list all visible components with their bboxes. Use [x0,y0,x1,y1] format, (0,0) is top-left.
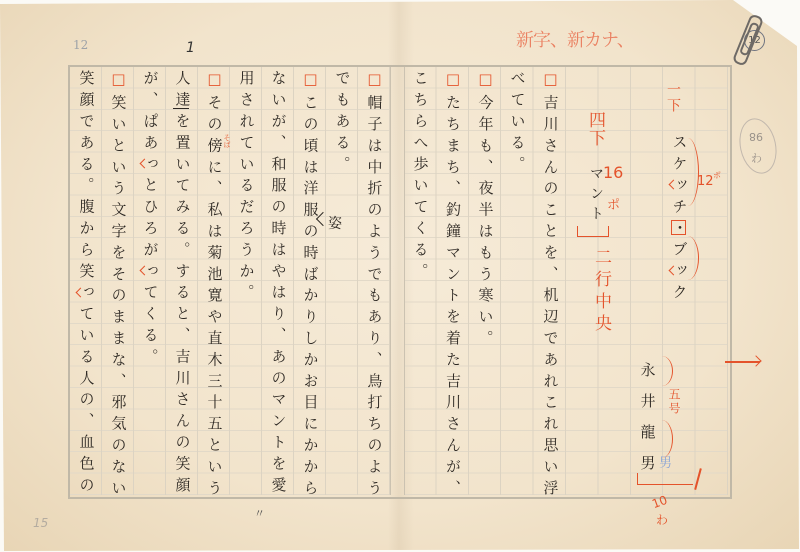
page-number-stamp: 12 [73,38,88,52]
paragraph-mark: □ [302,70,320,94]
column-text: でもある。 [334,70,352,177]
top-annotation: 新字、新カナ、 [516,26,634,52]
middle-dot-box-mark [671,220,686,235]
insertion-text: 姿 [328,213,342,233]
pencil-oval-note: わ [751,150,762,166]
manuscript-column: □この頃は洋服の時ばかりしかお目にかから [303,70,318,501]
column-text: この頃は洋服の時ばかりしかお目にかから [302,94,320,501]
subtitle-layout-note: 二行中央 [589,248,614,336]
column-text: 笑顔である。腹から笑っている人の、血色の [78,70,96,498]
author-spacing-unit: わ [656,511,668,528]
manuscript-column: □帽子は中折のようでもあり、鳥打ちのよう [367,70,382,501]
ruby-note: そば [222,134,232,148]
center-fold-strip [390,67,405,495]
column-text: 帽子は中折のようでもあり、鳥打ちのよう [366,94,384,501]
paragraph-mark: □ [542,70,560,94]
manuscript-column: でもある。 [335,70,350,177]
column-text: 人達を置いてみる。すると、吉川さんの笑顔 [174,70,192,498]
manuscript-column: 笑顔である。腹から笑っている人の、血色の [79,70,94,498]
bottom-left-pencil-number: 15 [33,516,48,530]
column-text: ないが、和服の時はやはり、あのマントを愛 [270,70,288,498]
manuscript-column: □笑いという文字をそのままな、邪気のない [111,70,126,501]
subtitle-position-mark: 四下 [583,111,608,147]
manuscript-column: こちらへ歩いてくる。 [413,70,428,284]
subtitle-size-value: 16 [603,163,623,182]
subtitle: マント [588,166,603,226]
title-size-unit: ポ [713,170,721,181]
title-size-value: 12 [697,174,714,189]
author-name: 永井龍男 [640,362,655,486]
pencil-oval-number: 98 [749,130,763,143]
page-number-handwritten: 1 [186,40,195,56]
author-bottom-bracket [637,473,693,485]
bottom-center-mark: 〃 [254,505,265,521]
paragraph-mark: □ [206,70,224,94]
subtitle-bracket [577,226,609,237]
paragraph-mark: □ [444,70,462,94]
column-text: 笑いという文字をそのままな、邪気のない [110,94,128,501]
manuscript-column: が、ぱあっとひろがってくる。 [143,70,158,370]
column-text: 吉川さんのことを、机辺であれこれ思い浮 [542,94,560,501]
title-position-mark: 一下 [663,82,683,114]
manuscript-column: □その傍に、私は菊池寛や直木三十五という [207,70,222,501]
manuscript-column: □吉川さんのことを、机辺であれこれ思い浮 [543,70,558,501]
paragraph-mark: □ [477,70,495,94]
paragraph-mark: □ [366,70,384,94]
paragraph-mark: □ [110,70,128,94]
manuscript-column: □今年も、夜半はもう寒い。 [478,70,493,351]
underline-mark [173,108,189,109]
manuscript-column: □たちまち、釣鐘マントを着た吉川さんが、 [445,70,460,501]
manuscript-column: べている。 [510,70,525,177]
subtitle-size-unit: ポ [607,194,620,213]
manuscript-column: 人達を置いてみる。すると、吉川さんの笑顔 [175,70,190,498]
column-text: たちまち、釣鐘マントを着た吉川さんが、 [444,94,462,501]
column-text: こちらへ歩いてくる。 [412,70,430,284]
column-text: 用されているだろうか。 [238,70,256,305]
manuscript-column: 用されているだろうか。 [239,70,254,305]
column-text: が、ぱあっとひろがってくる。 [142,70,160,370]
manuscript-column: ないが、和服の時はやはり、あのマントを愛 [271,70,286,498]
column-text: べている。 [509,70,527,177]
column-text: その傍に、私は菊池寛や直木三十五という [206,94,224,501]
column-text: 今年も、夜半はもう寒い。 [477,94,495,351]
author-size-note: 五号 [666,388,683,416]
